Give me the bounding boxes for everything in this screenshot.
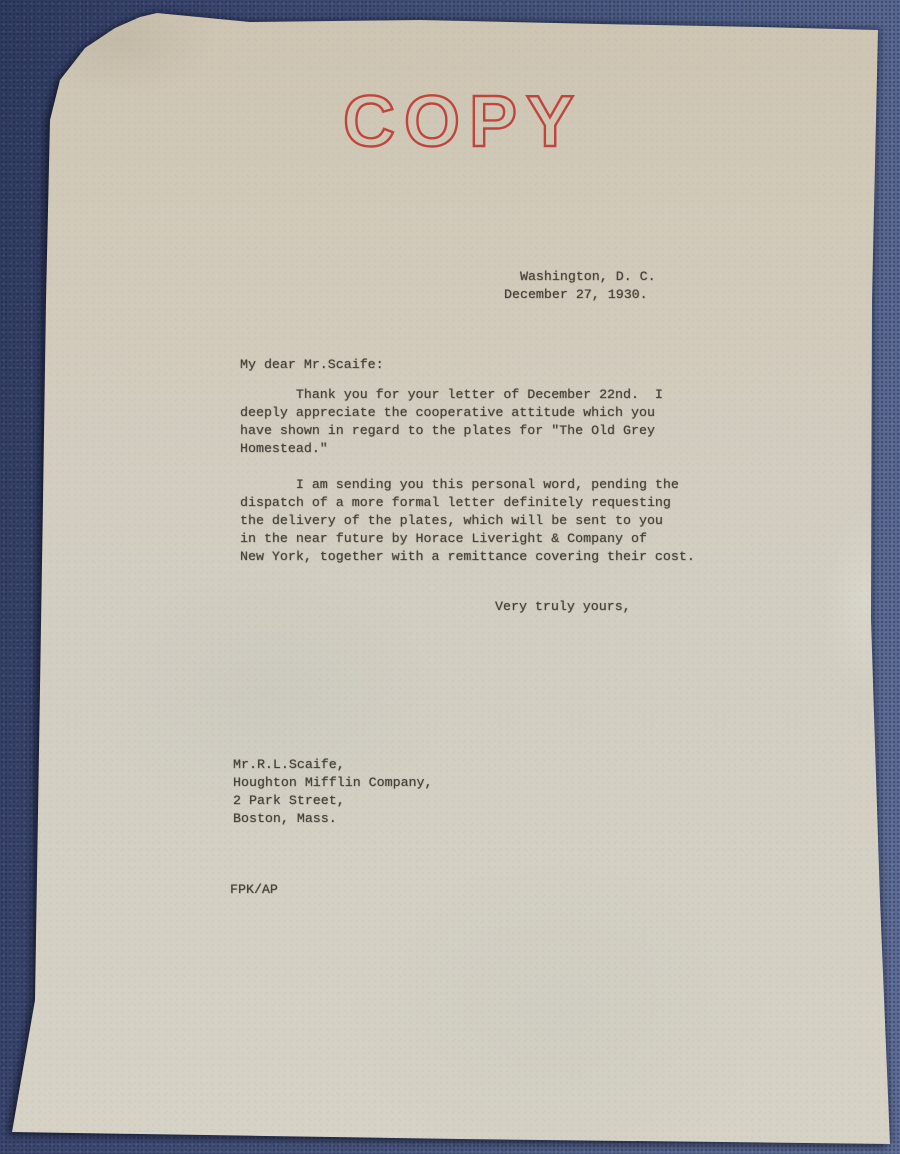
paper-shadow-wrap: COPY Washington, D. C. December 27, 1930… bbox=[0, 0, 900, 1154]
copy-stamp-text: COPY bbox=[343, 85, 583, 160]
recipient-address: Mr.R.L.Scaife, Houghton Mifflin Company,… bbox=[233, 756, 433, 828]
letter-paper: COPY Washington, D. C. December 27, 1930… bbox=[0, 0, 900, 1154]
copy-stamp: COPY bbox=[323, 85, 603, 160]
salutation: My dear Mr.Scaife: bbox=[240, 356, 384, 374]
dateline: Washington, D. C. December 27, 1930. bbox=[504, 268, 656, 303]
typist-initials: FPK/AP bbox=[230, 881, 278, 899]
body-paragraph-2: I am sending you this personal word, pen… bbox=[240, 476, 695, 566]
photo-background: COPY Washington, D. C. December 27, 1930… bbox=[0, 0, 900, 1154]
body-paragraph-1: Thank you for your letter of December 22… bbox=[240, 386, 663, 458]
closing-line: Very truly yours, bbox=[495, 598, 631, 616]
